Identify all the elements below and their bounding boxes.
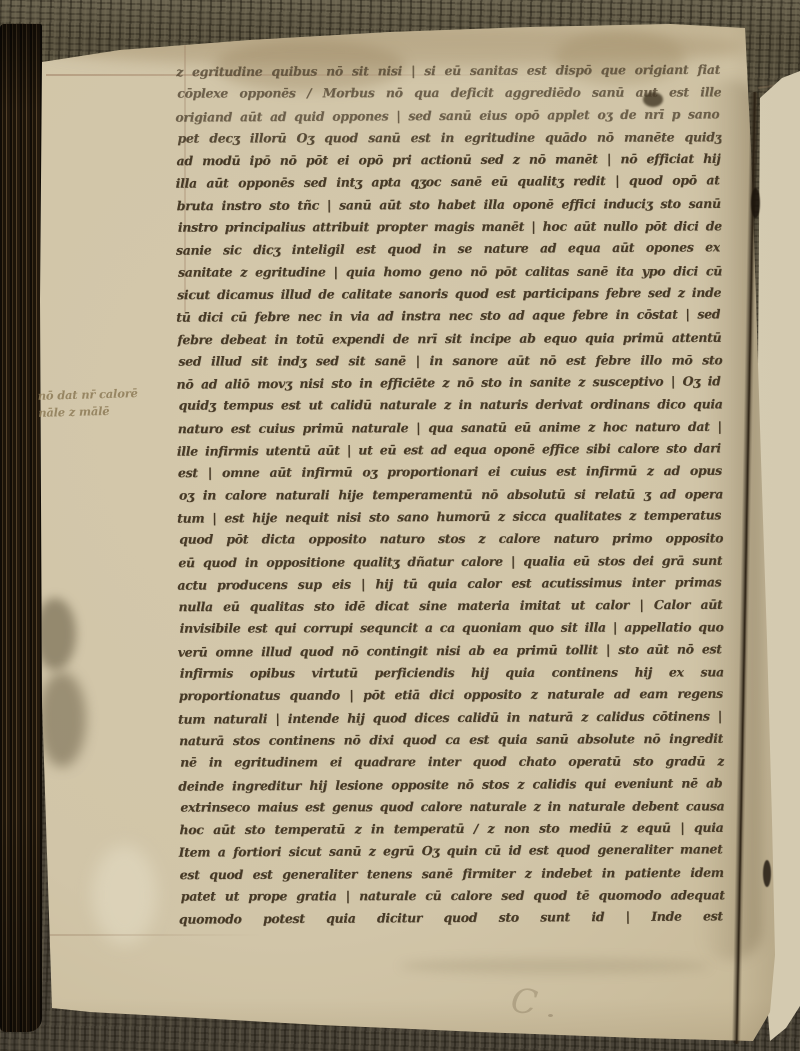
manuscript-line-1: z egritudine quibus nō sit nisi | si eū … xyxy=(176,59,720,84)
ink-showthrough xyxy=(400,958,710,974)
manuscript-line-23: eū quod in oppositione qualitʒ dñatur ca… xyxy=(178,549,722,574)
manuscript-line-37: est quod est generaliter tenens sanē fir… xyxy=(180,861,724,886)
manuscript-line-33: deinde ingreditur hij lesione opposite n… xyxy=(178,772,722,798)
manuscript-line-17: naturo est cuius primū naturale | qua sa… xyxy=(178,416,722,441)
manuscript-line-15: nō ad aliō movʒ nisi sto in efficiēte z … xyxy=(176,371,720,397)
manuscript-line-3: origiand aūt ad quid oppones | sed sanū … xyxy=(175,103,719,129)
manuscript-line-38: patet ut prope gratia | naturale cū calo… xyxy=(181,884,725,908)
manuscript-line-31: naturā stos continens nō dixi quod ca es… xyxy=(179,728,723,753)
manuscript-line-22: quod pōt dicta opposito naturo stos z ca… xyxy=(179,528,723,552)
manuscript-line-34: extrinseco maius est genus quod calore n… xyxy=(180,795,724,819)
manuscript-line-12: tū dici cū febre nec in via ad instra ne… xyxy=(176,304,720,330)
manuscript-line-2: cōplexe opponēs / Morbus nō qua deficit … xyxy=(177,82,721,106)
manuscript-line-39: quomodo potest quia dicitur quod sto sun… xyxy=(179,906,723,932)
left-edge-smudge xyxy=(38,672,86,767)
manuscript-line-29: proportionatus quando | pōt etiā dici op… xyxy=(179,683,723,708)
manuscript-line-16: quidʒ tempus est ut calidū naturale z in… xyxy=(179,394,723,418)
manuscript-line-21: tum | est hije nequit nisi sto sano humo… xyxy=(177,504,721,530)
manuscript-line-14: sed illud sit indʒ sed sit sanē | in san… xyxy=(178,349,722,373)
manuscript-line-36: Item a fortiori sicut sanū z egrū Oʒ qui… xyxy=(178,839,722,865)
gutter-dark-spot xyxy=(751,188,760,218)
manuscript-line-10: sanitate z egritudine | quia homo geno n… xyxy=(178,260,722,284)
manuscript-line-8: instro principalius attribuit propter ma… xyxy=(178,215,722,239)
book-spine-binding xyxy=(0,24,42,1032)
manuscript-line-32: nē in egritudinem ei quadrare inter quod… xyxy=(180,751,724,775)
pencil-dot xyxy=(548,1014,553,1017)
manuscript-line-11: sicut dicamus illud de calitate sanoris … xyxy=(177,282,721,307)
manuscript-line-19: est | omne aūt infirmū oʒ proportionari … xyxy=(178,460,722,485)
manuscript-line-18: ille infirmis utentū aūt | ut eū est ad … xyxy=(177,437,721,463)
manuscript-line-24: actu producens sup eis | hij tū quia cal… xyxy=(177,571,721,597)
manuscript-line-7: bruta instro sto tñc | sanū aūt sto habe… xyxy=(177,193,721,218)
manuscript-line-30: tum naturali | intende hij quod dices ca… xyxy=(178,705,722,731)
manuscript-line-20: oʒ in calore naturali hije temperamentū … xyxy=(179,483,723,507)
manuscript-line-13: febre debeat in totū expendi de nrī sit … xyxy=(177,326,721,351)
bottom-left-light-patch xyxy=(92,845,157,945)
manuscript-line-27: verū omne illud quod nō contingit nisi a… xyxy=(178,638,722,664)
manuscript-line-26: invisibile est qui corrupi sequncit a ca… xyxy=(180,617,724,641)
manuscript-photo: z egritudine quibus nō sit nisi | si eū … xyxy=(0,0,800,1051)
bottom-ruling-line xyxy=(22,934,262,936)
manuscript-line-4: pet decʒ illorū Oʒ quod sanū est in egri… xyxy=(177,126,721,150)
text-block: z egritudine quibus nō sit nisi | si eū … xyxy=(176,59,724,931)
gutter-dark-spot xyxy=(763,860,771,887)
manuscript-line-9: sanie sic dicʒ inteligil est quod in se … xyxy=(176,237,720,263)
marginal-gloss: nō dat nr̄ calorē nāle z mālē xyxy=(38,384,175,422)
manuscript-line-25: nulla eū qualitas sto idē dicat sine mat… xyxy=(178,594,722,619)
manuscript-line-28: infirmis opibus virtutū perficiendis hij… xyxy=(180,661,724,685)
manuscript-line-6: illa aūt opponēs sed intʒ apta qʒoc sanē… xyxy=(176,170,720,196)
